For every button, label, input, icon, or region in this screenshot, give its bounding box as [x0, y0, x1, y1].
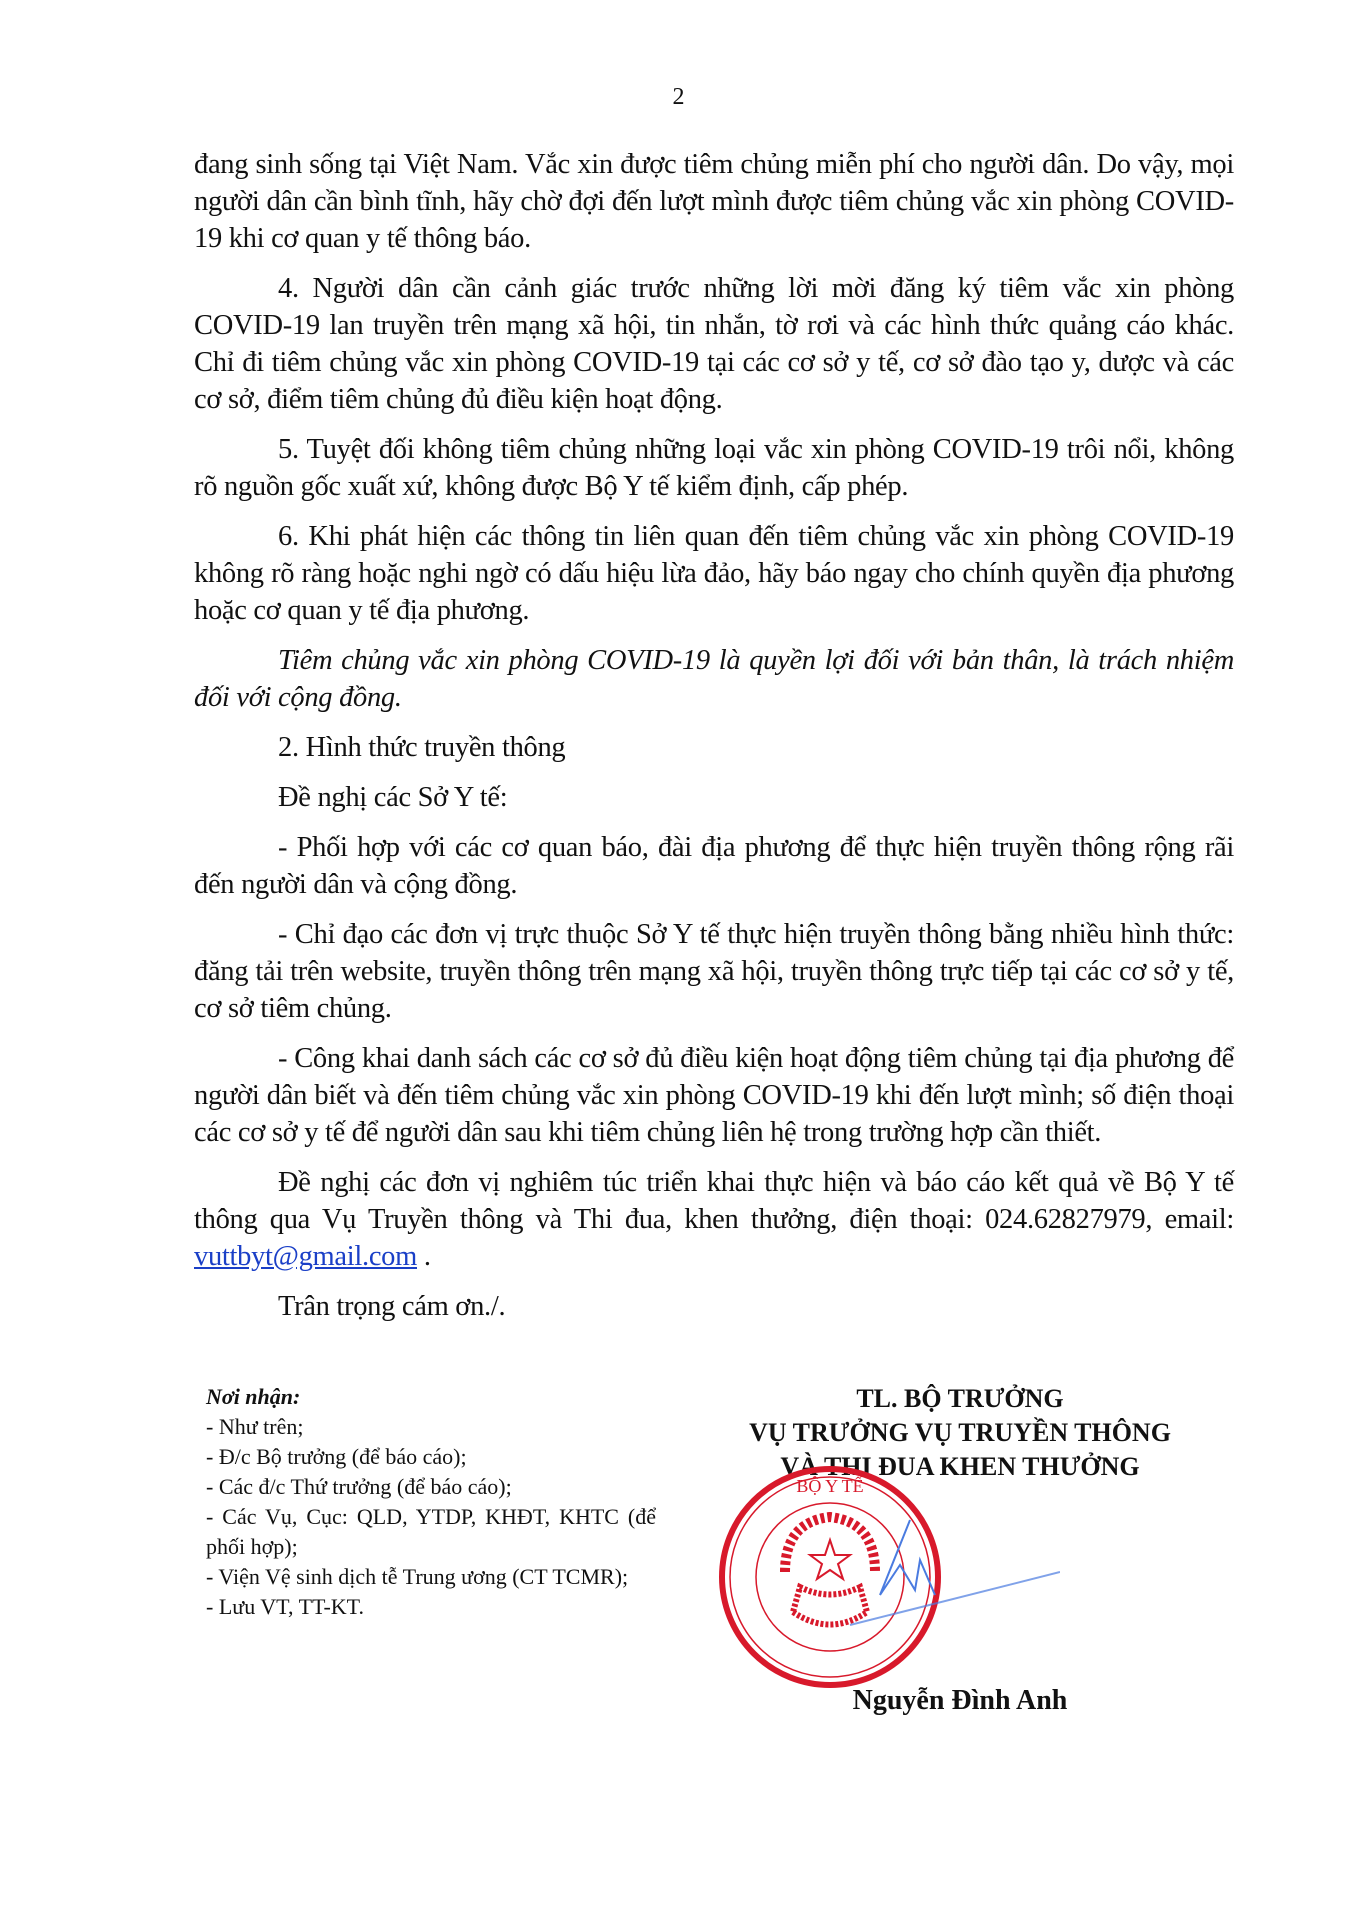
recipient-item: - Viện Vệ sinh dịch tễ Trung ương (CT TC…: [206, 1562, 656, 1592]
paragraph-bullet-coordinate: - Phối hợp với các cơ quan báo, đài địa …: [194, 829, 1234, 903]
recipients-title: Nơi nhận:: [206, 1382, 656, 1412]
section-heading-communication: 2. Hình thức truyền thông: [194, 729, 1234, 766]
paragraph-closing-request: Đề nghị các đơn vị nghiêm túc triển khai…: [194, 1164, 1234, 1275]
paragraph-slogan: Tiêm chủng vắc xin phòng COVID-19 là quy…: [194, 642, 1234, 716]
signature-title-line1: TL. BỘ TRƯỞNG: [680, 1382, 1240, 1416]
paragraph-bullet-direct: - Chỉ đạo các đơn vị trực thuộc Sở Y tế …: [194, 916, 1234, 1027]
paragraph-item-4: 4. Người dân cần cảnh giác trước những l…: [194, 270, 1234, 418]
closing-request-suffix: .: [417, 1241, 431, 1272]
paragraph-continuation: đang sinh sống tại Việt Nam. Vắc xin đượ…: [194, 146, 1234, 257]
page-number: 2: [0, 84, 1357, 111]
paragraph-item-6: 6. Khi phát hiện các thông tin liên quan…: [194, 518, 1234, 629]
paragraph-bullet-publish: - Công khai danh sách các cơ sở đủ điều …: [194, 1040, 1234, 1151]
email-link[interactable]: vuttbyt@gmail.com: [194, 1241, 417, 1272]
signature-title-line2: VỤ TRƯỞNG VỤ TRUYỀN THÔNG: [680, 1416, 1240, 1450]
recipient-item: - Các Vụ, Cục: QLD, YTDP, KHĐT, KHTC (để…: [206, 1502, 656, 1562]
handwritten-signature-icon: [840, 1500, 1060, 1640]
closing-request-text: Đề nghị các đơn vị nghiêm túc triển khai…: [194, 1167, 1234, 1235]
paragraph-request-health-dept: Đề nghị các Sở Y tế:: [194, 779, 1234, 816]
recipients-block: Nơi nhận: - Như trên; - Đ/c Bộ trưởng (đ…: [206, 1382, 656, 1622]
signer-name: Nguyễn Đình Anh: [680, 1685, 1240, 1717]
document-body: đang sinh sống tại Việt Nam. Vắc xin đượ…: [194, 146, 1234, 1325]
paragraph-thanks: Trân trọng cám ơn./.: [194, 1288, 1234, 1325]
svg-text:BỘ Y TẾ: BỘ Y TẾ: [796, 1475, 863, 1496]
recipient-item: - Như trên;: [206, 1412, 656, 1442]
recipient-item: - Lưu VT, TT-KT.: [206, 1592, 656, 1622]
paragraph-item-5: 5. Tuyệt đối không tiêm chủng những loại…: [194, 431, 1234, 505]
recipient-item: - Các đ/c Thứ trưởng (để báo cáo);: [206, 1472, 656, 1502]
recipient-item: - Đ/c Bộ trưởng (để báo cáo);: [206, 1442, 656, 1472]
